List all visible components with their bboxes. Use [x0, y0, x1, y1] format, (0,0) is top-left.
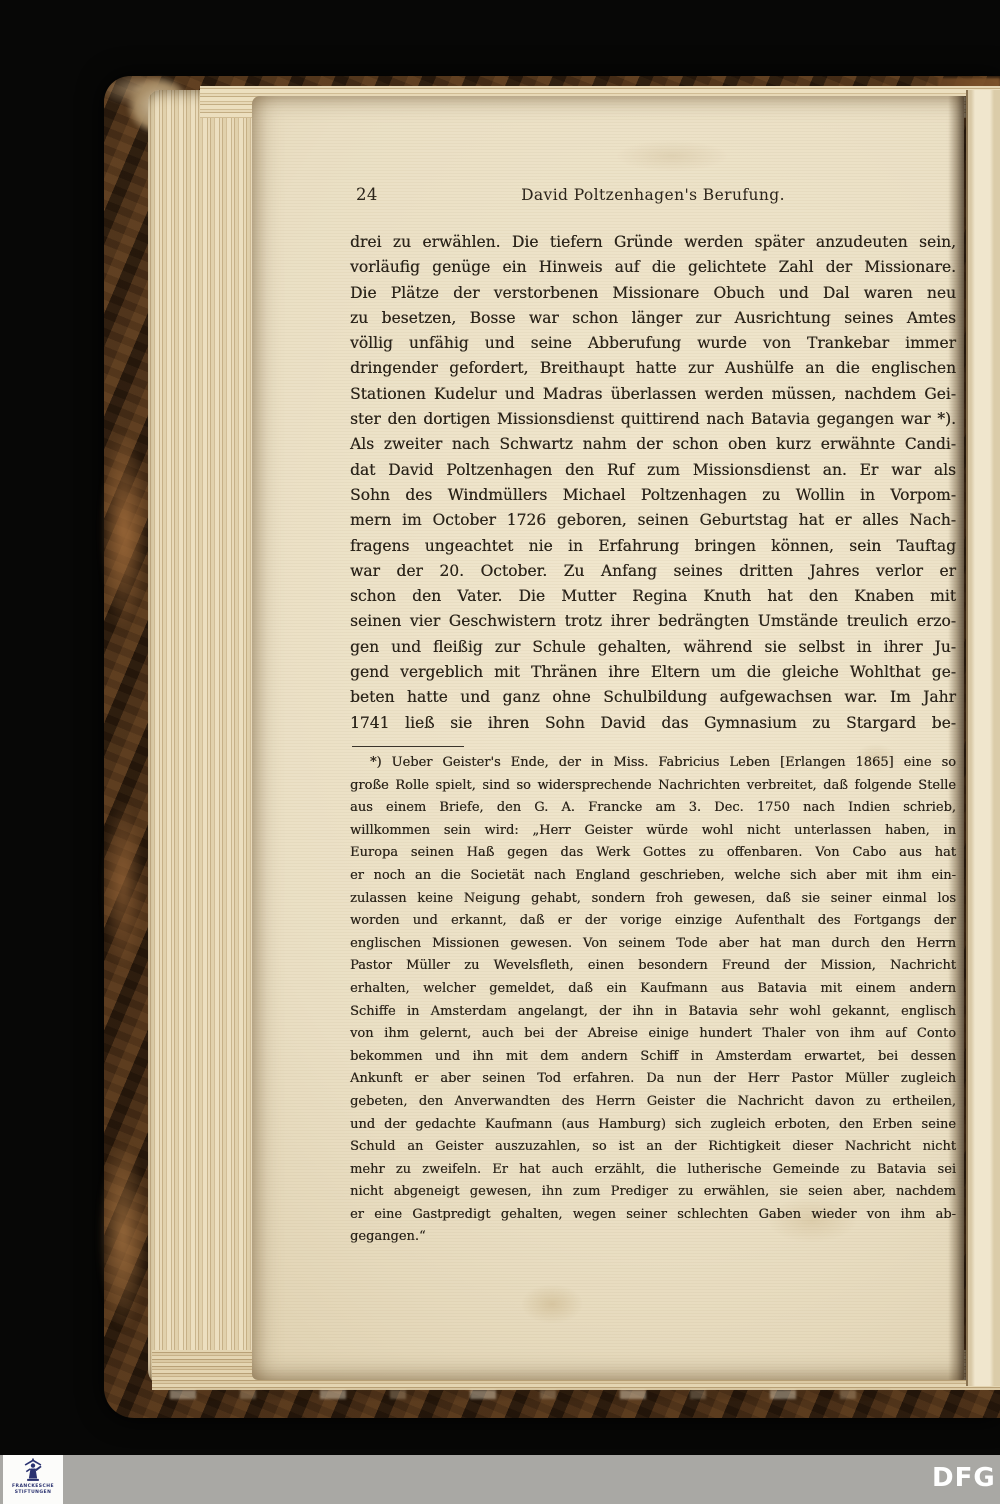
body-text-line: beten hatte und ganz ohne Schulbildung a…: [350, 685, 956, 710]
body-text-line: ster den dortigen Missionsdienst quittir…: [350, 407, 956, 432]
footnote-text-line: gegangen.“: [350, 1226, 956, 1249]
footnote-text: *) Ueber Geister's Ende, der in Miss. Fa…: [350, 752, 956, 1249]
body-text-line: drei zu erwählen. Die tiefern Gründe wer…: [350, 230, 956, 255]
body-text-line: gend vergeblich mit Thränen ihre Eltern …: [350, 660, 956, 685]
footnote-text-line: Europa seinen Haß gegen das Werk Gottes …: [350, 842, 956, 865]
footnote-text-line: er eine Gastpredigt gehalten, wegen sein…: [350, 1204, 956, 1227]
facing-page-edge: [966, 90, 1000, 1386]
body-text-line: dringender gefordert, Breithaupt hatte z…: [350, 356, 956, 381]
dfg-logo: DFG: [932, 1465, 996, 1491]
franckesche-stiftungen-logo: FRANCKESCHE STIFTUNGEN: [3, 1455, 63, 1504]
body-text-line: dat David Poltzenhagen den Ruf zum Missi…: [350, 458, 956, 483]
footnote-text-line: englischen Missionen gewesen. Von seinem…: [350, 933, 956, 956]
footnote-text-line: Ankunft er aber seinen Tod erfahren. Da …: [350, 1068, 956, 1091]
body-text-line: Als zweiter nach Schwartz nahm der schon…: [350, 432, 956, 457]
body-text-line: 1741 ließ sie ihren Sohn David das Gymna…: [350, 711, 956, 736]
footnote-text-line: er noch an die Societät nach England ges…: [350, 865, 956, 888]
footnote-text-line: willkommen sein wird: „Herr Geister würd…: [350, 820, 956, 843]
body-text-line: fragens ungeachtet nie in Erfahrung brin…: [350, 534, 956, 559]
body-text-line: Die Plätze der verstorbenen Missionare O…: [350, 281, 956, 306]
footnote-text-line: bekommen und ihn mit dem andern Schiff i…: [350, 1046, 956, 1069]
footnote-text-line: gebeten, den Anverwandten des Herrn Geis…: [350, 1091, 956, 1114]
body-text-line: war der 20. October. Zu Anfang seines dr…: [350, 559, 956, 584]
body-text-line: völlig unfähig und seine Abberufung wurd…: [350, 331, 956, 356]
body-text-line: schon den Vater. Die Mutter Regina Knuth…: [350, 584, 956, 609]
footnote-text-line: nicht abgeneigt gewesen, ihn zum Predige…: [350, 1181, 956, 1204]
body-text-line: gen und fleißig zur Schule gehalten, wäh…: [350, 635, 956, 660]
footnote-text-line: worden und erkannt, daß er der vorige ei…: [350, 910, 956, 933]
scanned-book-page: 24 David Poltzenhagen's Berufung. drei z…: [0, 0, 1000, 1504]
franckesche-stiftungen-emblem-icon: [23, 1458, 43, 1484]
footnote-text-line: aus einem Briefe, den G. A. Francke am 3…: [350, 797, 956, 820]
body-text: drei zu erwählen. Die tiefern Gründe wer…: [350, 230, 956, 736]
page-header: 24 David Poltzenhagen's Berufung.: [350, 185, 956, 209]
footnote-text-line: Schiffe in Amsterdam angelangt, der ihn …: [350, 1001, 956, 1024]
footnote-text-line: *) Ueber Geister's Ende, der in Miss. Fa…: [350, 752, 956, 775]
body-text-line: vorläufig genüge ein Hinweis auf die gel…: [350, 255, 956, 280]
institution-name-line2: STIFTUNGEN: [15, 1490, 52, 1496]
body-text-line: Stationen Kudelur und Madras überlassen …: [350, 382, 956, 407]
footnote-text-line: große Rolle spielt, sind so widerspreche…: [350, 775, 956, 798]
body-text-line: mern im October 1726 geboren, seinen Geb…: [350, 508, 956, 533]
body-text-line: Sohn des Windmüllers Michael Poltzenhage…: [350, 483, 956, 508]
footnote-text-line: erhalten, welcher gemeldet, daß ein Kauf…: [350, 978, 956, 1001]
body-text-line: zu besetzen, Bosse war schon länger zur …: [350, 306, 956, 331]
footnote-text-line: von ihm gelernt, auch bei der Abreise ei…: [350, 1023, 956, 1046]
bottom-edge-glint: [170, 1390, 890, 1399]
footnote-text-line: mehr zu zweifeln. Er hat auch erzählt, d…: [350, 1159, 956, 1182]
footnote-text-line: Pastor Müller zu Wevelsfleth, einen beso…: [350, 955, 956, 978]
footnote-separator-rule: [352, 746, 464, 747]
running-header: David Poltzenhagen's Berufung.: [350, 186, 956, 204]
footnote-text-line: und der gedachte Kaufmann (aus Hamburg) …: [350, 1114, 956, 1137]
leather-wear-patch: [102, 800, 144, 970]
page-edge-stack-left: [148, 90, 258, 1386]
leather-wear-patch: [98, 1140, 148, 1330]
footnote-text-line: zulassen keine Neigung gehabt, sondern f…: [350, 888, 956, 911]
footnote-text-line: Schuld an Geister auszuzahlen, so ist an…: [350, 1136, 956, 1159]
leather-wear-patch: [100, 430, 148, 630]
digitization-footer-bar: FRANCKESCHE STIFTUNGEN DFG: [0, 1455, 1000, 1504]
body-text-line: seinen vier Geschwistern trotz ihrer bed…: [350, 609, 956, 634]
